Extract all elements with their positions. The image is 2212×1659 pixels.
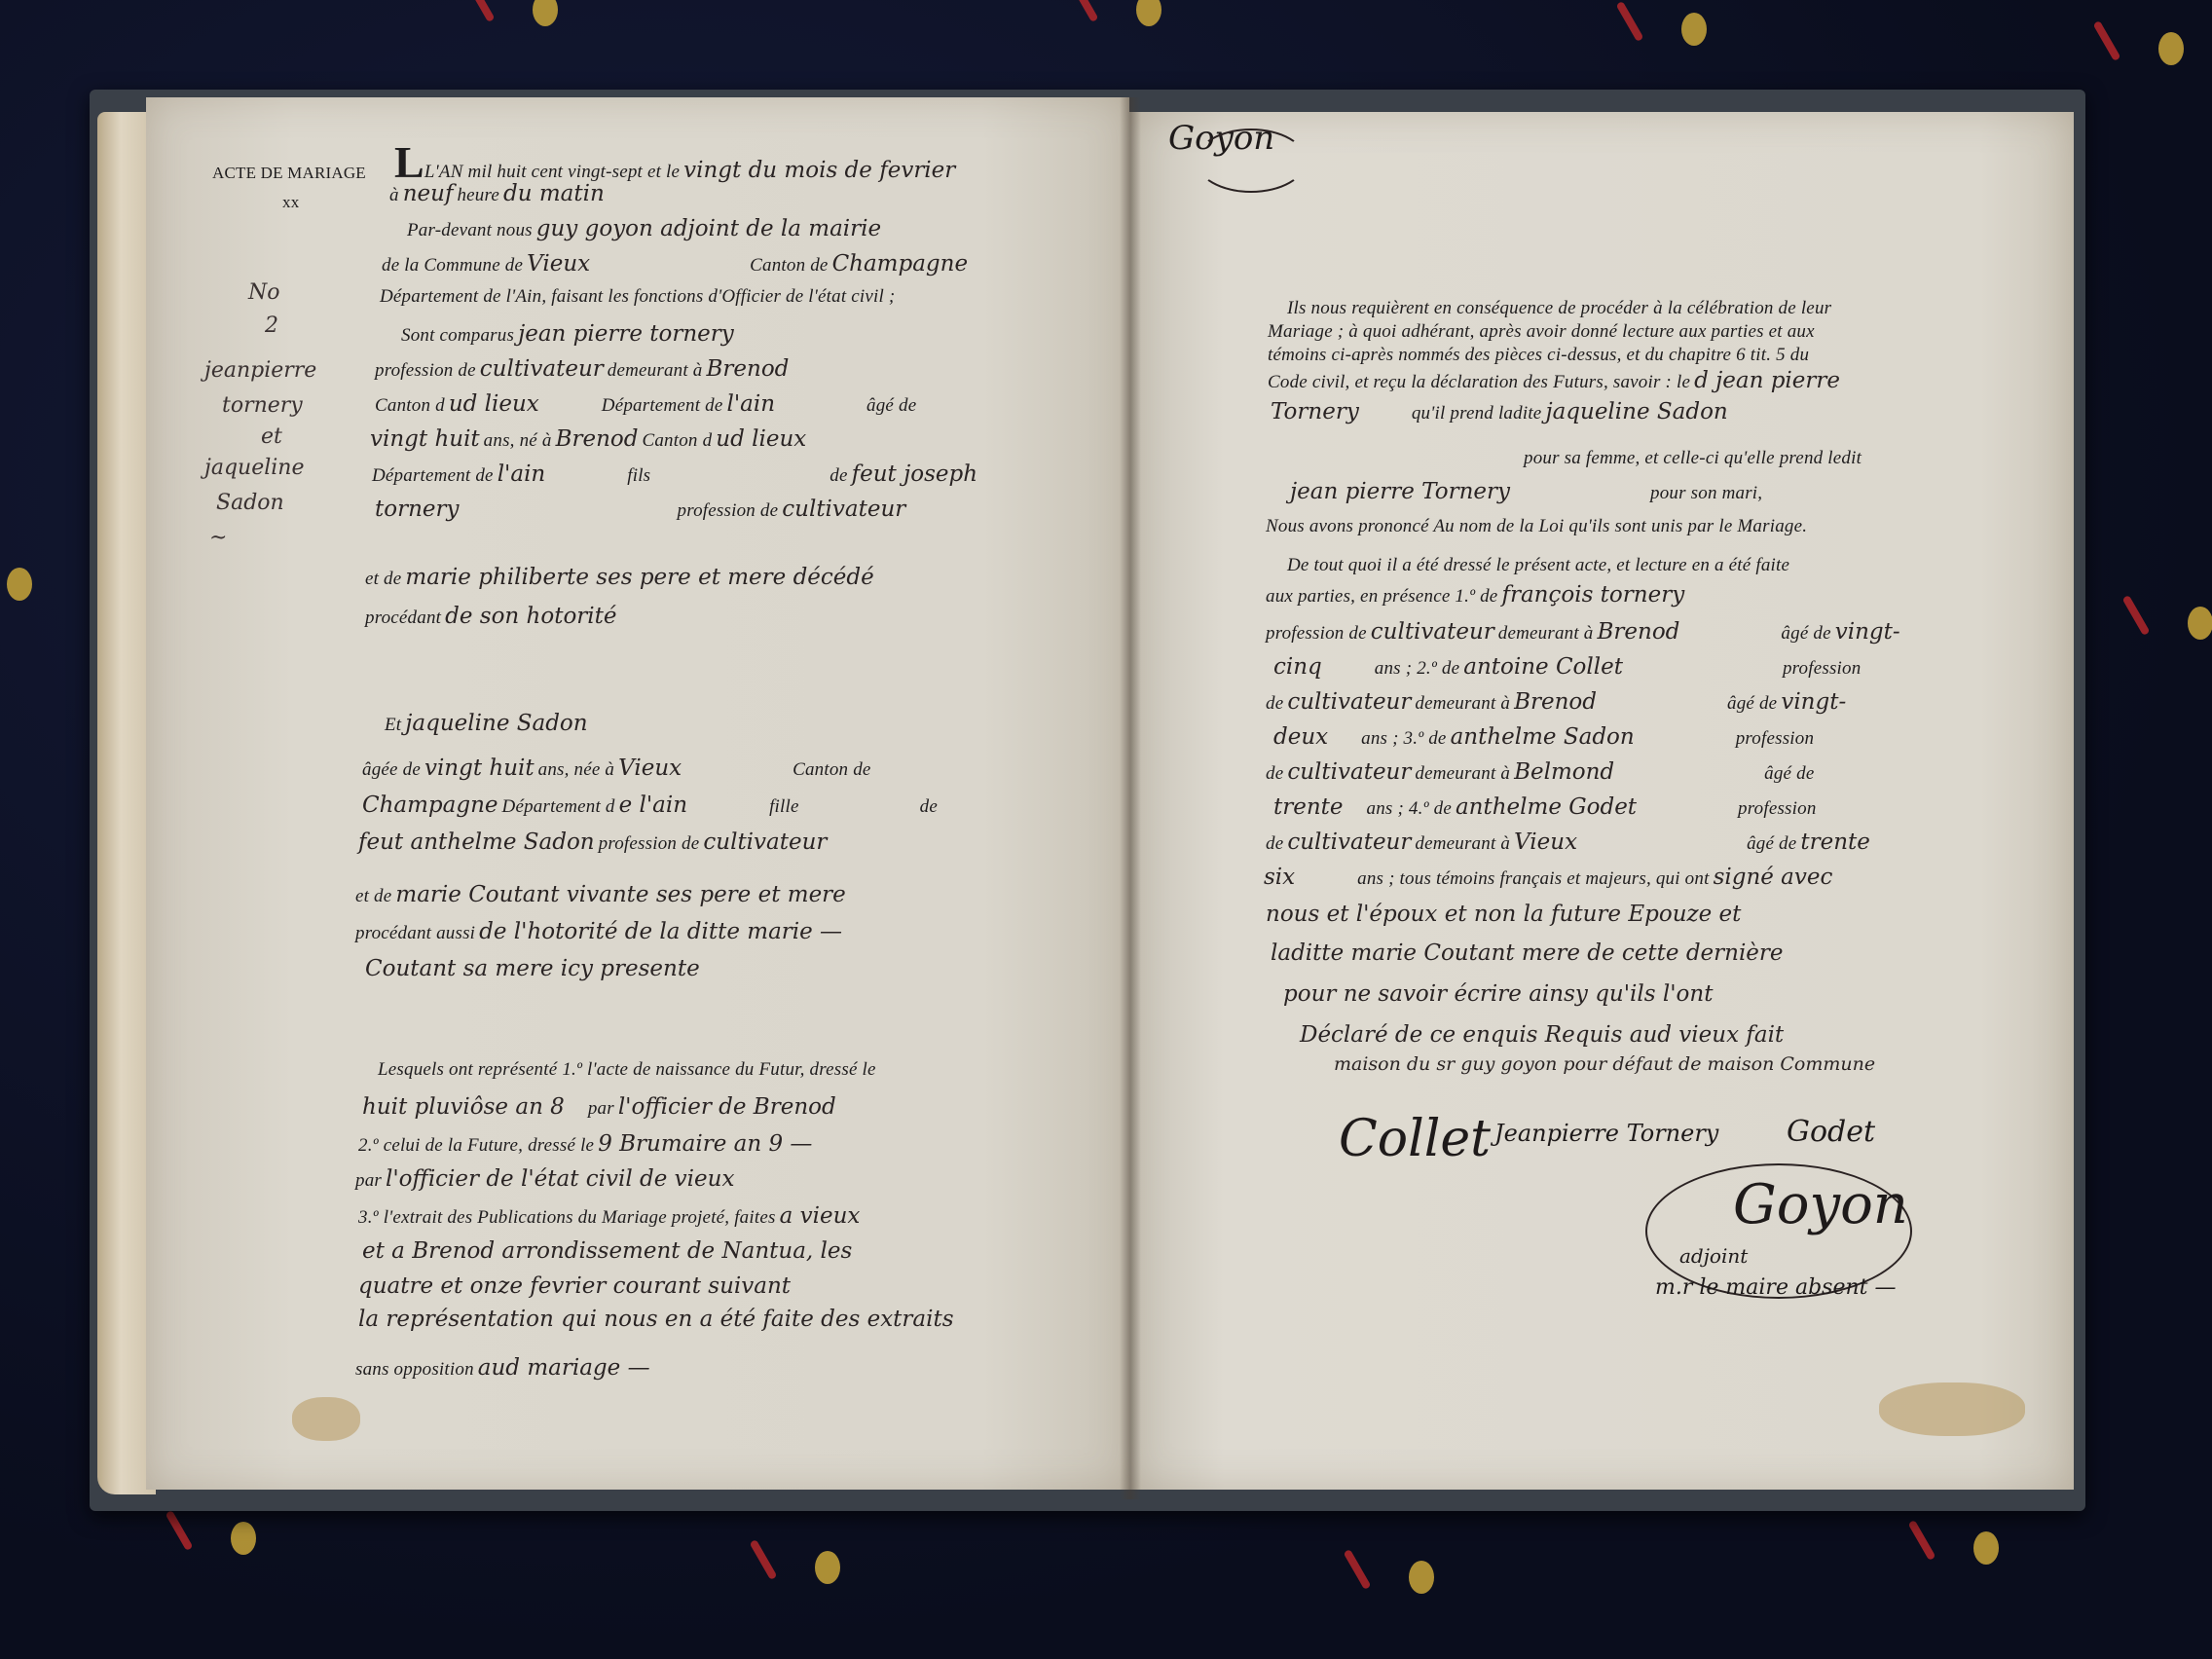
text-line: vingt huit ans, né à Brenod Canton d ud …: [370, 426, 806, 452]
printed-text: de la Commune de: [382, 255, 523, 276]
text-line: pour sa femme, et celle-ci qu'elle prend…: [1524, 448, 1862, 469]
text-line: Coutant sa mere icy presente: [365, 956, 700, 981]
handwritten-text: Champagne: [362, 793, 498, 818]
printed-text: et de: [365, 569, 401, 589]
text-line: quatre et onze fevrier courant suivant: [358, 1273, 791, 1299]
flower-pattern: [789, 1529, 866, 1606]
printed-text: profession de: [375, 360, 476, 381]
handwritten-text: vingt-: [1781, 689, 1846, 715]
printed-text: de: [829, 465, 847, 486]
printed-text: ans ; tous témoins français et majeurs, …: [1357, 868, 1709, 889]
printed-text: de: [1266, 763, 1283, 784]
handwritten-text: Brenod: [556, 426, 639, 452]
book-gutter: [1120, 97, 1141, 1499]
printed-text: ans ; 2.º de: [1375, 658, 1459, 679]
printed-text: Département d: [502, 796, 615, 817]
printed-text: Département de l'Ain, faisant les foncti…: [380, 286, 895, 307]
margin-note: Sadon: [216, 491, 284, 515]
handwritten-text: Champagne: [832, 251, 969, 276]
printed-text: fille: [769, 796, 799, 817]
water-stain: [292, 1397, 360, 1441]
printed-text: profession de: [599, 833, 700, 854]
text-line: Et jaqueline Sadon: [385, 711, 588, 736]
printed-text: Lesquels ont représenté 1.º l'acte de na…: [378, 1059, 876, 1080]
printed-text: de: [920, 796, 938, 817]
handwritten-text: la représentation qui nous en a été fait…: [358, 1307, 954, 1332]
printed-text: demeurant à: [1498, 623, 1594, 644]
signature-godet: Godet: [1787, 1115, 1875, 1149]
text-line: Mariage ; à quoi adhérant, après avoir d…: [1268, 321, 1815, 343]
printed-text: Canton de: [750, 255, 828, 276]
water-stain: [1879, 1382, 2025, 1436]
handwritten-text: tornery: [375, 497, 460, 522]
handwritten-text: neuf: [403, 181, 454, 206]
text-line: Nous avons prononcé Au nom de la Loi qu'…: [1266, 516, 1807, 537]
text-line: jean pierre Tornery pour son mari,: [1290, 479, 1762, 504]
printed-text: 2.º celui de la Future, dressé le: [358, 1135, 594, 1156]
printed-text: sans opposition: [355, 1359, 474, 1380]
handwritten-text: l'ain: [498, 461, 546, 487]
handwritten-text: cinq: [1273, 654, 1322, 680]
handwritten-text: de l'hotorité de la ditte marie —: [479, 919, 842, 944]
handwritten-text: jean pierre Tornery: [1290, 479, 1510, 504]
printed-text: profession de: [1266, 623, 1367, 644]
margin-note: 2: [265, 313, 278, 338]
text-line: six ans ; tous témoins français et majeu…: [1264, 865, 1832, 890]
handwritten-text: françois tornery: [1501, 582, 1684, 608]
printed-text: demeurant à: [608, 360, 703, 381]
handwritten-text: du matin: [503, 181, 605, 206]
text-line: 2.º celui de la Future, dressé le 9 Brum…: [358, 1131, 812, 1157]
printed-text: profession: [1738, 798, 1816, 819]
act-heading-mark: xx: [282, 193, 299, 212]
text-line: et de marie philiberte ses pere et mere …: [365, 565, 874, 590]
flower-pattern: [1655, 0, 1733, 68]
text-line: laditte marie Coutant mere de cette dern…: [1271, 940, 1784, 966]
signature-note-maire-absent: m.r le maire absent —: [1655, 1275, 1896, 1300]
text-line: Canton d ud lieux Département de l'ain â…: [375, 391, 916, 417]
text-line: à neuf heure du matin: [389, 181, 605, 206]
printed-text: âgé de: [1747, 833, 1796, 854]
handwritten-text: anthelme Sadon: [1451, 724, 1635, 750]
text-line: Champagne Département d e l'ain fille de: [362, 793, 938, 818]
handwritten-text: signé avec: [1714, 865, 1833, 890]
printed-text: de: [1266, 833, 1283, 854]
text-line: huit pluviôse an 8 par l'officier de Bre…: [362, 1094, 836, 1120]
printed-text: par: [355, 1170, 382, 1191]
printed-text: fils: [627, 465, 650, 486]
handwritten-text: de son hotorité: [445, 604, 616, 629]
printed-text: procédant aussi: [355, 923, 475, 943]
margin-note: No: [248, 280, 280, 305]
margin-note: ~: [209, 526, 227, 550]
handwritten-text: vingt huit: [370, 426, 480, 452]
handwritten-text: quatre et onze fevrier courant suivant: [358, 1273, 791, 1299]
handwritten-text: a vieux: [780, 1203, 861, 1229]
printed-text: ans, né à: [484, 430, 552, 451]
text-line: de cultivateur demeurant à Brenod âgé de…: [1266, 689, 1846, 715]
handwritten-text: jaqueline Sadon: [1545, 399, 1727, 424]
handwritten-text: l'officier de l'état civil de vieux: [386, 1166, 734, 1192]
handwritten-text: e l'ain: [619, 793, 687, 818]
text-line: profession de cultivateur demeurant à Br…: [375, 356, 789, 382]
printed-text: profession: [1783, 658, 1861, 679]
printed-text: heure: [457, 185, 499, 205]
printed-text: Département de: [372, 465, 494, 486]
text-line: de cultivateur demeurant à Vieux âgé de …: [1266, 829, 1870, 855]
handwritten-text: ud lieux: [716, 426, 806, 452]
flower-pattern: [204, 1499, 282, 1577]
text-line: Département de l'ain fils de feut joseph: [372, 461, 977, 487]
signature-tornery: Jeanpierre Tornery: [1494, 1120, 1718, 1147]
text-line: Déclaré de ce enquis Requis aud vieux fa…: [1300, 1022, 1784, 1048]
handwritten-text: cultivateur: [782, 497, 905, 522]
printed-text: à: [389, 185, 399, 205]
text-line: Lesquels ont représenté 1.º l'acte de na…: [378, 1059, 876, 1081]
margin-note: et: [261, 424, 282, 449]
printed-text: procédant: [365, 608, 441, 628]
handwritten-text: cultivateur: [1371, 619, 1494, 645]
handwritten-text: Belmond: [1514, 759, 1614, 785]
handwritten-text: cultivateur: [1287, 759, 1411, 785]
printed-text: Canton d: [375, 395, 445, 416]
handwritten-text: six: [1264, 865, 1295, 890]
handwritten-text: trente: [1800, 829, 1870, 855]
handwritten-text: Vieux: [618, 756, 682, 781]
handwritten-text: Brenod: [1514, 689, 1597, 715]
printed-text: Canton de: [793, 759, 870, 780]
printed-text: âgé de: [1727, 693, 1777, 714]
printed-text: qu'il prend ladite: [1412, 403, 1542, 424]
printed-text: Par-devant nous: [407, 220, 533, 240]
text-line: feut anthelme Sadon profession de cultiv…: [358, 829, 827, 855]
handwritten-text: cultivateur: [480, 356, 604, 382]
text-line: Code civil, et reçu la déclaration des F…: [1268, 368, 1840, 393]
printed-text: LL'AN mil huit cent vingt-sept et le: [394, 162, 680, 182]
margin-note: tornery: [222, 393, 303, 418]
text-line: de cultivateur demeurant à Belmond âgé d…: [1266, 759, 1814, 785]
text-line: deux ans ; 3.º de anthelme Sadon profess…: [1273, 724, 1814, 750]
printed-text: et de: [355, 886, 391, 906]
printed-text: demeurant à: [1415, 763, 1510, 784]
handwritten-text: jaqueline Sadon: [405, 711, 587, 736]
text-line: âgée de vingt huit ans, née à Vieux Cant…: [362, 756, 871, 781]
handwritten-text: marie philiberte ses pere et mere décédé: [405, 565, 873, 590]
printed-text: demeurant à: [1415, 693, 1510, 714]
printed-text: aux parties, en présence 1.º de: [1266, 586, 1497, 607]
handwritten-text: cultivateur: [1287, 829, 1411, 855]
printed-text: ans ; 3.º de: [1361, 728, 1446, 749]
text-line: tornery profession de cultivateur: [375, 497, 905, 522]
printed-text: pour son mari,: [1650, 483, 1762, 503]
handwritten-text: feut joseph: [852, 461, 977, 487]
flower-pattern: [1947, 1509, 2025, 1587]
printed-text: de: [1266, 693, 1283, 714]
handwritten-text: deux: [1273, 724, 1328, 750]
handwritten-text: vingt huit: [424, 756, 535, 781]
printed-text: 3.º l'extrait des Publications du Mariag…: [358, 1207, 776, 1228]
text-line: pour ne savoir écrire ainsy qu'ils l'ont: [1283, 981, 1713, 1007]
text-line: et de marie Coutant vivante ses pere et …: [355, 882, 846, 907]
text-line: procédant aussi de l'hotorité de la ditt…: [355, 919, 842, 944]
printed-text: âgé de: [1781, 623, 1830, 644]
printed-text: ans ; 4.º de: [1367, 798, 1452, 819]
text-line: la représentation qui nous en a été fait…: [358, 1307, 954, 1332]
handwritten-text: Tornery: [1271, 399, 1359, 424]
handwritten-text: Brenod: [707, 356, 790, 382]
handwritten-text: l'officier de Brenod: [618, 1094, 836, 1120]
printed-text: Département de: [602, 395, 723, 416]
text-line: trente ans ; 4.º de anthelme Godet profe…: [1273, 794, 1817, 820]
flower-pattern: [506, 0, 584, 49]
printed-text: par: [588, 1098, 614, 1119]
text-line: Tornery qu'il prend ladite jaqueline Sad…: [1271, 399, 1728, 424]
handwritten-text: d jean pierre: [1694, 368, 1840, 393]
printed-text: Et: [385, 715, 401, 735]
text-line: profession de cultivateur demeurant à Br…: [1266, 619, 1900, 645]
text-line: De tout quoi il a été dressé le présent …: [1287, 555, 1789, 576]
handwritten-text: ud lieux: [449, 391, 539, 417]
text-line: Sont comparus jean pierre tornery: [401, 321, 734, 347]
act-heading: ACTE DE MARIAGE: [212, 164, 366, 183]
printed-text: âgé de: [1764, 763, 1814, 784]
handwritten-text: Vieux: [1514, 829, 1577, 855]
handwritten-text: Vieux: [527, 251, 590, 276]
signature-collet: Collet: [1339, 1110, 1491, 1168]
handwritten-text: cultivateur: [1287, 689, 1411, 715]
flower-pattern: [0, 545, 58, 623]
handwritten-text: guy goyon adjoint de la mairie: [536, 216, 881, 241]
handwritten-text: Brenod: [1598, 619, 1680, 645]
handwritten-text: huit pluviôse an 8: [362, 1094, 565, 1120]
text-line: Ils nous requièrent en conséquence de pr…: [1287, 298, 1831, 319]
margin-note: jeanpierre: [204, 358, 316, 383]
handwritten-text: vingt-: [1835, 619, 1900, 645]
text-line: Par-devant nous guy goyon adjoint de la …: [407, 216, 881, 241]
handwritten-text: aud mariage —: [478, 1355, 650, 1381]
text-line: procédant de son hotorité: [365, 604, 617, 629]
text-line: de la Commune de Vieux Canton de Champag…: [382, 251, 968, 276]
handwritten-text: anthelme Godet: [1456, 794, 1637, 820]
printed-text: demeurant à: [1415, 833, 1510, 854]
handwritten-text: trente: [1273, 794, 1344, 820]
printed-text: profession de: [678, 500, 779, 521]
handwritten-text: et a Brenod arrondissement de Nantua, le…: [362, 1238, 852, 1264]
handwritten-text: jean pierre tornery: [518, 321, 734, 347]
handwritten-text: Coutant sa mere icy presente: [365, 956, 700, 981]
signature-goyon: Goyon: [1733, 1173, 1908, 1236]
text-line: et a Brenod arrondissement de Nantua, le…: [362, 1238, 852, 1264]
flower-pattern: [2161, 584, 2212, 662]
signature-flourish: [1196, 129, 1307, 193]
margin-note: jaqueline: [204, 456, 304, 480]
handwritten-text: cultivateur: [703, 829, 827, 855]
printed-text: Canton d: [642, 430, 712, 451]
text-line: nous et l'époux et non la future Epouze …: [1266, 902, 1741, 927]
text-line: par l'officier de l'état civil de vieux: [355, 1166, 734, 1192]
handwritten-text: feut anthelme Sadon: [358, 829, 595, 855]
printed-text: âgée de: [362, 759, 421, 780]
text-line: 3.º l'extrait des Publications du Mariag…: [358, 1203, 860, 1229]
signature-note-adjoint: adjoint: [1679, 1244, 1748, 1268]
printed-text: Sont comparus: [401, 325, 514, 346]
text-line: aux parties, en présence 1.º de françois…: [1266, 582, 1684, 608]
flower-pattern: [1382, 1538, 1460, 1616]
handwritten-text: marie Coutant vivante ses pere et mere: [395, 882, 845, 907]
flower-pattern: [2132, 10, 2210, 88]
printed-text: Code civil, et reçu la déclaration des F…: [1268, 372, 1690, 392]
text-line: sans opposition aud mariage —: [355, 1355, 650, 1381]
text-line: cinq ans ; 2.º de antoine Collet profess…: [1273, 654, 1861, 680]
handwritten-text: vingt du mois de fevrier: [683, 158, 955, 183]
text-line: témoins ci-après nommés des pièces ci-de…: [1268, 345, 1809, 366]
printed-text: âgé de: [866, 395, 916, 416]
printed-text: ans, née à: [538, 759, 615, 780]
handwritten-text: l'ain: [726, 391, 775, 417]
text-line: Département de l'Ain, faisant les foncti…: [380, 286, 895, 308]
text-line: maison du sr guy goyon pour défaut de ma…: [1334, 1053, 1875, 1075]
flower-pattern: [1110, 0, 1188, 49]
handwritten-text: 9 Brumaire an 9 —: [598, 1131, 812, 1157]
handwritten-text: antoine Collet: [1463, 654, 1623, 680]
printed-text: profession: [1736, 728, 1814, 749]
